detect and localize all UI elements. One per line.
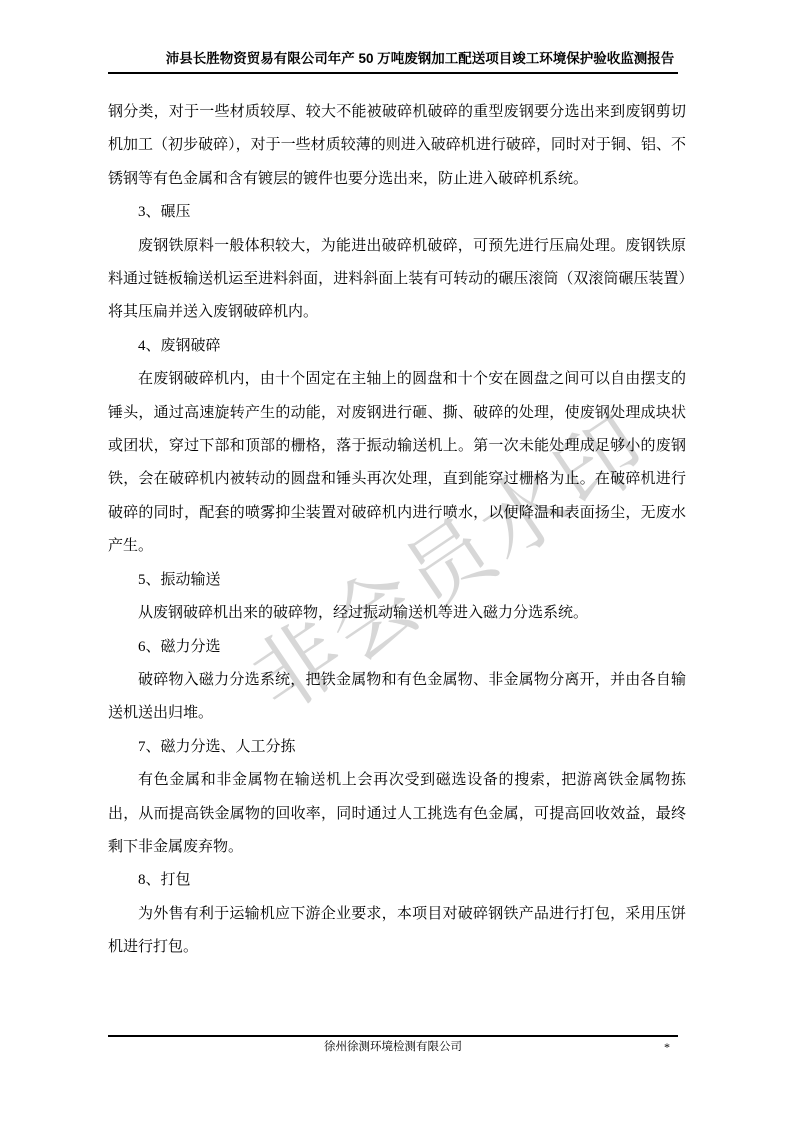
page-number-mark: * xyxy=(664,1040,670,1055)
paragraph: 从废钢破碎机出来的破碎物，经过振动输送机等进入磁力分选系统。 xyxy=(108,597,686,630)
section-heading: 8、打包 xyxy=(108,864,686,897)
page-header-title: 沛县长胜物资贸易有限公司年产 50 万吨废钢加工配送项目竣工环境保护验收监测报告 xyxy=(108,50,678,74)
paragraph: 在废钢破碎机内，由十个固定在主轴上的圆盘和十个安在圆盘之间可以自由摆支的锤头，通… xyxy=(108,363,686,563)
section-heading: 5、振动输送 xyxy=(108,564,686,597)
section-heading: 3、碾压 xyxy=(108,196,686,229)
paragraph: 破碎物入磁力分选系统，把铁金属物和有色金属物、非金属物分离开，并由各自输送机送出… xyxy=(108,664,686,731)
section-heading: 4、废钢破碎 xyxy=(108,330,686,363)
paragraph: 有色金属和非金属物在输送机上会再次受到磁选设备的搜索，把游离铁金属物拣出，从而提… xyxy=(108,764,686,864)
document-page: 非会员水印 沛县长胜物资贸易有限公司年产 50 万吨废钢加工配送项目竣工环境保护… xyxy=(0,0,793,1122)
section-heading: 7、磁力分选、人工分拣 xyxy=(108,731,686,764)
paragraph: 钢分类，对于一些材质较厚、较大不能被破碎机破碎的重型废钢要分选出来到废钢剪切机加… xyxy=(108,96,686,196)
paragraph: 废钢铁原料一般体积较大，为能进出破碎机破碎，可预先进行压扁处理。废钢铁原料通过链… xyxy=(108,230,686,330)
document-body: 钢分类，对于一些材质较厚、较大不能被破碎机破碎的重型废钢要分选出来到废钢剪切机加… xyxy=(108,96,686,965)
footer-company-name: 徐州徐测环境检测有限公司 xyxy=(108,1037,678,1055)
paragraph: 为外售有利于运输机应下游企业要求，本项目对破碎钢铁产品进行打包，采用压饼机进行打… xyxy=(108,898,686,965)
section-heading: 6、磁力分选 xyxy=(108,631,686,664)
page-footer: 徐州徐测环境检测有限公司 * xyxy=(108,1035,678,1055)
